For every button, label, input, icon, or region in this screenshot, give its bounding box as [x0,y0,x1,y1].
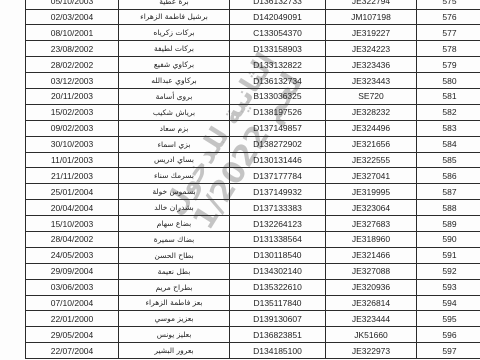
cell-id: D130131446 [230,152,326,168]
cell-date: 20/11/2003 [26,88,119,104]
cell-id: D136823851 [230,327,326,343]
cell-name: بطراح مريم [119,279,230,295]
cell-id: D133132822 [230,57,326,73]
cell-seq: 593 [417,279,480,295]
cell-id: D138197526 [230,104,326,120]
cell-seq: 583 [417,120,480,136]
cell-code: JK51660 [326,327,417,343]
table-row: 29/05/2004بعليز يونسD136823851JK51660596 [26,327,480,343]
cell-seq: 587 [417,184,480,200]
cell-name: بروى أسامة [119,88,230,104]
cell-id: C133054370 [230,25,326,41]
cell-code: JE322794 [326,0,417,9]
cell-name: بعزيز موسي [119,311,230,327]
cell-code: JE320936 [326,279,417,295]
cell-date: 02/03/2004 [26,9,119,25]
cell-code: JE323064 [326,200,417,216]
cell-id: D137149857 [230,120,326,136]
scanned-document-page: الثانية للدخول لعم 1/2022 05/10/2003برة … [0,0,480,360]
cell-date: 15/02/2003 [26,104,119,120]
table-row: 25/01/2004بسموس خولةD137149932JE31999558… [26,184,480,200]
cell-code: JE327088 [326,263,417,279]
cell-seq: 595 [417,311,480,327]
cell-code: JE324496 [326,120,417,136]
cell-seq: 592 [417,263,480,279]
cell-seq: 584 [417,136,480,152]
table-row: 22/01/2000بعزيز موسيD139130607JE32344459… [26,311,480,327]
cell-id: D131338564 [230,231,326,247]
cell-name: بشدران خالد [119,200,230,216]
records-table-wrap: 05/10/2003برة عطيةD136132733JE3227945750… [25,0,480,359]
cell-date: 20/04/2004 [26,200,119,216]
cell-date: 24/05/2003 [26,247,119,263]
cell-seq: 581 [417,88,480,104]
cell-code: JE326814 [326,295,417,311]
cell-name: بساي ادريس [119,152,230,168]
cell-name: بعرور البشير [119,343,230,359]
cell-date: 22/01/2000 [26,311,119,327]
table-row: 05/10/2003برة عطيةD136132733JE322794575 [26,0,480,9]
cell-date: 28/02/2002 [26,57,119,73]
cell-name: بركات لطيفة [119,41,230,57]
cell-seq: 588 [417,200,480,216]
cell-name: بطاح الحسن [119,247,230,263]
cell-seq: 589 [417,216,480,232]
table-row: 07/10/2004بعز فاطمة الزهراءD135117840JE3… [26,295,480,311]
cell-date: 11/01/2003 [26,152,119,168]
cell-name: بسرمك سناء [119,168,230,184]
cell-id: D138272902 [230,136,326,152]
cell-id: D130118540 [230,247,326,263]
cell-id: D135117840 [230,295,326,311]
cell-date: 05/10/2003 [26,0,119,9]
cell-seq: 580 [417,73,480,89]
cell-name: بضاع سهام [119,216,230,232]
table-row: 03/06/2003بطراح مريمD135322610JE32093659… [26,279,480,295]
cell-name: بركاوي شفيع [119,57,230,73]
cell-code: JE328232 [326,104,417,120]
cell-code: SE720 [326,88,417,104]
cell-date: 25/01/2004 [26,184,119,200]
cell-code: JE324223 [326,41,417,57]
table-row: 28/02/2002بركاوي شفيعD133132822JE3234365… [26,57,480,73]
cell-seq: 577 [417,25,480,41]
table-row: 09/02/2003بزم سعادD137149857JE324496583 [26,120,480,136]
table-row: 20/04/2004بشدران خالدD137133383JE3230645… [26,200,480,216]
table-row: 11/01/2003بساي ادريسD130131446JE32255558… [26,152,480,168]
cell-seq: 586 [417,168,480,184]
cell-seq: 597 [417,343,480,359]
cell-seq: 594 [417,295,480,311]
cell-id: B133036325 [230,88,326,104]
table-row: 03/12/2003بركاوي عبداللهD136132734JE3234… [26,73,480,89]
cell-seq: 576 [417,9,480,25]
table-row: 15/10/2003بضاع سهامD132264123JE327683589 [26,216,480,232]
table-row: 24/05/2003بطاح الحسنD130118540JE32146659… [26,247,480,263]
cell-name: برشيل فاطمة الزهراء [119,9,230,25]
cell-code: JE327683 [326,216,417,232]
cell-id: D139130607 [230,311,326,327]
cell-seq: 578 [417,41,480,57]
table-row: 15/02/2003برياش شكيبD138197526JE32823258… [26,104,480,120]
cell-code: JE321656 [326,136,417,152]
cell-date: 03/06/2003 [26,279,119,295]
cell-code: JE319227 [326,25,417,41]
table-row: 23/08/2002بركات لطيفةD133158903JE3242235… [26,41,480,57]
table-row: 08/10/2001بركات زكرياهC133054370JE319227… [26,25,480,41]
cell-code: JM107198 [326,9,417,25]
cell-name: بركات زكرياه [119,25,230,41]
cell-seq: 590 [417,231,480,247]
cell-name: بسموس خولة [119,184,230,200]
cell-date: 29/05/2004 [26,327,119,343]
cell-date: 28/04/2002 [26,231,119,247]
cell-code: JE322973 [326,343,417,359]
cell-name: بزي اسماء [119,136,230,152]
cell-code: JE321466 [326,247,417,263]
cell-code: JE323436 [326,57,417,73]
cell-code: JE322555 [326,152,417,168]
cell-date: 22/07/2004 [26,343,119,359]
cell-date: 29/09/2004 [26,263,119,279]
cell-date: 08/10/2001 [26,25,119,41]
cell-name: بعليز يونس [119,327,230,343]
cell-seq: 596 [417,327,480,343]
table-row: 22/07/2004بعرور البشيرD134185100JE322973… [26,343,480,359]
cell-id: D137149932 [230,184,326,200]
cell-date: 30/10/2003 [26,136,119,152]
cell-date: 23/08/2002 [26,41,119,57]
cell-id: D134302140 [230,263,326,279]
cell-name: بطل نعيمة [119,263,230,279]
cell-seq: 585 [417,152,480,168]
cell-name: بركاوي عبدالله [119,73,230,89]
cell-code: JE323444 [326,311,417,327]
cell-id: D142049091 [230,9,326,25]
records-tbody: 05/10/2003برة عطيةD136132733JE3227945750… [26,0,480,359]
cell-date: 21/11/2003 [26,168,119,184]
table-row: 28/04/2002بضاك سميرةD131338564JE31896059… [26,231,480,247]
cell-code: JE318960 [326,231,417,247]
cell-seq: 582 [417,104,480,120]
cell-date: 07/10/2004 [26,295,119,311]
cell-id: D132264123 [230,216,326,232]
cell-name: برياش شكيب [119,104,230,120]
table-row: 30/10/2003بزي اسماءD138272902JE321656584 [26,136,480,152]
table-row: 21/11/2003بسرمك سناءD137177784JE32704158… [26,168,480,184]
cell-name: برة عطية [119,0,230,9]
cell-seq: 575 [417,0,480,9]
cell-date: 09/02/2003 [26,120,119,136]
cell-id: D137177784 [230,168,326,184]
cell-code: JE319995 [326,184,417,200]
cell-id: D133158903 [230,41,326,57]
cell-id: D136132733 [230,0,326,9]
cell-name: بعز فاطمة الزهراء [119,295,230,311]
cell-name: بزم سعاد [119,120,230,136]
table-row: 02/03/2004برشيل فاطمة الزهراءD142049091J… [26,9,480,25]
cell-name: بضاك سميرة [119,231,230,247]
table-row: 20/11/2003بروى أسامةB133036325SE720581 [26,88,480,104]
cell-code: JE323443 [326,73,417,89]
cell-date: 15/10/2003 [26,216,119,232]
cell-id: D136132734 [230,73,326,89]
cell-id: D135322610 [230,279,326,295]
records-table: 05/10/2003برة عطيةD136132733JE3227945750… [25,0,480,359]
cell-code: JE327041 [326,168,417,184]
table-row: 29/09/2004بطل نعيمةD134302140JE327088592 [26,263,480,279]
cell-id: D134185100 [230,343,326,359]
cell-seq: 591 [417,247,480,263]
cell-date: 03/12/2003 [26,73,119,89]
cell-id: D137133383 [230,200,326,216]
cell-seq: 579 [417,57,480,73]
